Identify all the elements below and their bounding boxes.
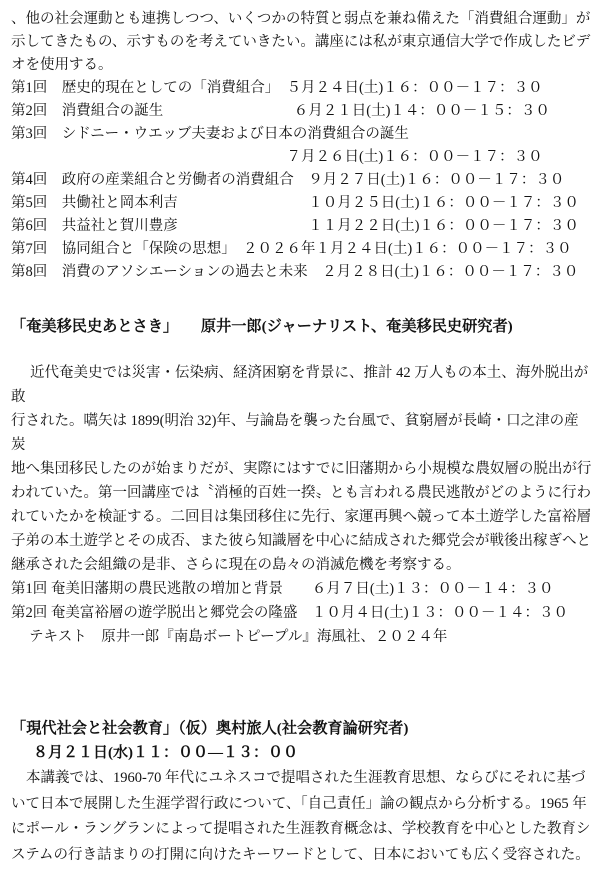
paragraph-line: われていた。第一回講座では〝消極的百姓一揆〟とも言われる農民逃散がどのように行わ xyxy=(11,481,592,505)
paragraph-line: 敢 xyxy=(11,385,592,409)
session-row: 第2回 消費組合の誕生 ６月２１日(土)１４：００－１５：３０ xyxy=(11,100,592,123)
textbook-line: テキスト 原井一郎『南島ボートピープル』海風社、２０２４年 xyxy=(11,625,592,649)
intro-line: オを使用する。 xyxy=(11,54,592,77)
shakai-section-heading: 「現代社会と社会教育」（仮）奥村旅人(社会教育論研究者) xyxy=(11,716,592,741)
session-row: 第6回 共益社と賀川豊彦 １１月２２日(土)１６：００－１７：３０ xyxy=(11,215,592,238)
shakai-schedule-line: ８月２１日(水)１１：００―１３：００ xyxy=(11,741,592,766)
session-row: 第1回 歴史的現在としての「消費組合」 ５月２４日(土)１６：００－１７：３０ xyxy=(11,77,592,100)
session-row: 第3回 シドニー・ウエッブ夫妻および日本の消費組合の誕生 xyxy=(11,123,592,146)
paragraph-line: れていたかを検証する。二回目は集団移住に先行、家運再興へ競って本土遊学した富裕層 xyxy=(11,505,592,529)
intro-line: 示してきたもの、示すものを考えていきたい。講座には私が東京通信大学で作成したビデ xyxy=(11,31,592,54)
amami-section: 近代奄美史では災害・伝染病、経済困窮を背景に、推計 42 万人もの本土、海外脱出… xyxy=(11,361,592,649)
session-row-continuation: ７月２６日(土)１６：００－１７：３０ xyxy=(11,146,592,169)
course1-section: 、他の社会運動とも連携しつつ、いくつかの特質と弱点を兼ね備えた「消費組合運動」が… xyxy=(11,8,592,284)
paragraph-line: いて日本で展開した生涯学習行政について、「自己責任」論の観点から分析する。196… xyxy=(11,792,592,818)
intro-line: 、他の社会運動とも連携しつつ、いくつかの特質と弱点を兼ね備えた「消費組合運動」が xyxy=(11,8,592,31)
paragraph-line: 近代奄美史では災害・伝染病、経済困窮を背景に、推計 42 万人もの本土、海外脱出… xyxy=(11,361,592,385)
paragraph-line: 継承された会組織の是非、さらに現在の島々の消滅危機を考察する。 xyxy=(11,553,592,577)
paragraph-line: 炭 xyxy=(11,433,592,457)
session-row: 第1回 奄美旧藩期の農民逃散の増加と背景 ６月７日(土)１３：００－１４：３０ xyxy=(11,577,592,601)
session-row: 第7回 協同組合と「保険の思想」 ２０２６年１月２４日(土)１６：００－１７：３… xyxy=(11,238,592,261)
amami-section-heading: 「奄美移民史あとさき」 原井一郎(ジャーナリスト、奄美移民史研究者) xyxy=(11,315,592,339)
paragraph-line: 行された。嚆矢は 1899(明治 32)年、与論島を襲った台風で、貧窮層が長崎・… xyxy=(11,409,592,433)
paragraph-line: 本講義では、1960-70 年代にユネスコで提唱された生涯教育思想、ならびにそれ… xyxy=(11,766,592,792)
session-row: 第8回 消費のアソシエーションの過去と未来 ２月２８日(土)１６：００－１７：３… xyxy=(11,261,592,284)
session-row: 第4回 政府の産業組合と労働者の消費組合 ９月２７日(土)１６：００－１７：３０ xyxy=(11,169,592,192)
session-row: 第5回 共働社と岡本利吉 １０月２５日(土)１６：００－１７：３０ xyxy=(11,192,592,215)
paragraph-line: 子弟の本土遊学とその成否、また彼ら知識層を中心に結成された郷党会が戦後出稼ぎへと xyxy=(11,529,592,553)
paragraph-line: にポール・ラングランによって提唱された生涯教育概念は、学校教育を中心とした教育シ xyxy=(11,817,592,843)
shakai-section: 本講義では、1960-70 年代にユネスコで提唱された生涯教育思想、ならびにそれ… xyxy=(11,766,592,868)
session-row: 第2回 奄美富裕層の遊学脱出と郷党会の隆盛 １０月４日(土)１３：００－１４：３… xyxy=(11,601,592,625)
paragraph-line: ステムの行き詰まりの打開に向けたキーワードとして、日本においても広く受容された。 xyxy=(11,843,592,869)
document-page: 、他の社会運動とも連携しつつ、いくつかの特質と弱点を兼ね備えた「消費組合運動」が… xyxy=(0,0,600,869)
paragraph-line: 地へ集団移民したのが始まりだが、実際にはすでに旧藩期から小規模な農奴層の脱出が行 xyxy=(11,457,592,481)
